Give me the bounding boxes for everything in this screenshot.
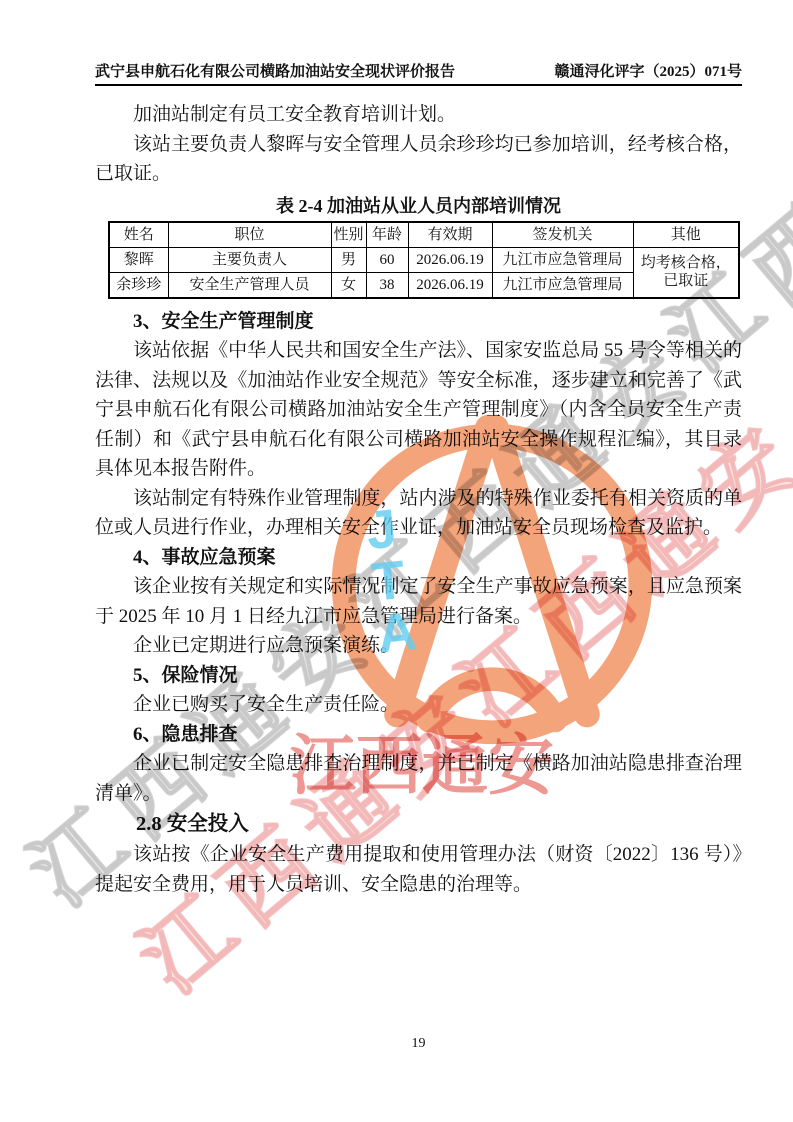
table-caption: 表 2-4 加油站从业人员内部培训情况 [95,193,742,219]
cell-position: 安全生产管理人员 [168,272,331,298]
col-header-gender: 性别 [331,222,366,248]
document-page: 武宁县申航石化有限公司横路加油站安全现状评价报告 赣通浔化评字（2025）071… [0,0,793,1122]
paragraph-section-2-8: 该站按《企业安全生产费用提取和使用管理办法（财资〔2022〕136 号）》提起安… [95,840,742,899]
paragraph-section-5: 企业已购买了安全生产责任险。 [95,690,742,720]
col-header-age: 年龄 [366,222,408,248]
cell-gender: 女 [331,272,366,298]
heading-section-3: 3、安全生产管理制度 [95,307,742,337]
cell-age: 60 [366,247,408,272]
page-header: 武宁县申航石化有限公司横路加油站安全现状评价报告 赣通浔化评字（2025）071… [95,60,742,86]
col-header-name: 姓名 [109,222,168,248]
paragraph-training-people: 该站主要负责人黎晖与安全管理人员余珍珍均已参加培训，经考核合格，已取证。 [95,130,742,189]
cell-position: 主要负责人 [168,247,331,272]
paragraph-section-3a: 该站依据《中华人民共和国安全生产法》、国家安监总局 55 号令等相关的法律、法规… [95,336,742,484]
col-header-position: 职位 [168,222,331,248]
cell-gender: 男 [331,247,366,272]
header-report-title: 武宁县申航石化有限公司横路加油站安全现状评价报告 [95,60,455,81]
col-header-issuer: 签发机关 [492,222,633,248]
paragraph-section-4b: 企业已定期进行应急预案演练。 [95,631,742,661]
paragraph-training-plan: 加油站制定有员工安全教育培训计划。 [95,100,742,130]
paragraph-section-3b: 该站制定有特殊作业管理制度，站内涉及的特殊作业委托有相关资质的单位或人员进行作业… [95,484,742,543]
col-header-other: 其他 [633,222,739,248]
heading-section-2-8: 2.8 安全投入 [95,808,742,840]
cell-issuer: 九江市应急管理局 [492,247,633,272]
header-doc-number: 赣通浔化评字（2025）071号 [554,60,742,81]
table-row: 黎晖 主要负责人 男 60 2026.06.19 九江市应急管理局 均考核合格，… [109,247,739,272]
cell-age: 38 [366,272,408,298]
page-number: 19 [95,1036,742,1052]
cell-valid-date: 2026.06.19 [408,247,492,272]
col-header-valid-date: 有效期 [408,222,492,248]
paragraph-section-4a: 该企业按有关规定和实际情况制定了安全生产事故应急预案，且应急预案于 2025 年… [95,572,742,631]
page-content: 武宁县申航石化有限公司横路加油站安全现状评价报告 赣通浔化评字（2025）071… [95,60,742,899]
paragraph-section-6: 企业已制定安全隐患排查治理制度，并已制定《横路加油站隐患排查治理清单》。 [95,749,742,808]
training-table: 姓名 职位 性别 年龄 有效期 签发机关 其他 黎晖 主要负责人 男 60 20… [108,221,740,299]
document-body: 加油站制定有员工安全教育培训计划。 该站主要负责人黎晖与安全管理人员余珍珍均已参… [95,100,742,899]
cell-name: 黎晖 [109,247,168,272]
heading-section-4: 4、事故应急预案 [95,543,742,573]
heading-section-6: 6、隐患排查 [95,720,742,750]
cell-valid-date: 2026.06.19 [408,272,492,298]
table-header-row: 姓名 职位 性别 年龄 有效期 签发机关 其他 [109,222,739,248]
cell-name: 余珍珍 [109,272,168,298]
cell-issuer: 九江市应急管理局 [492,272,633,298]
cell-other-merged: 均考核合格，已取证 [633,247,739,298]
heading-section-5: 5、保险情况 [95,661,742,691]
